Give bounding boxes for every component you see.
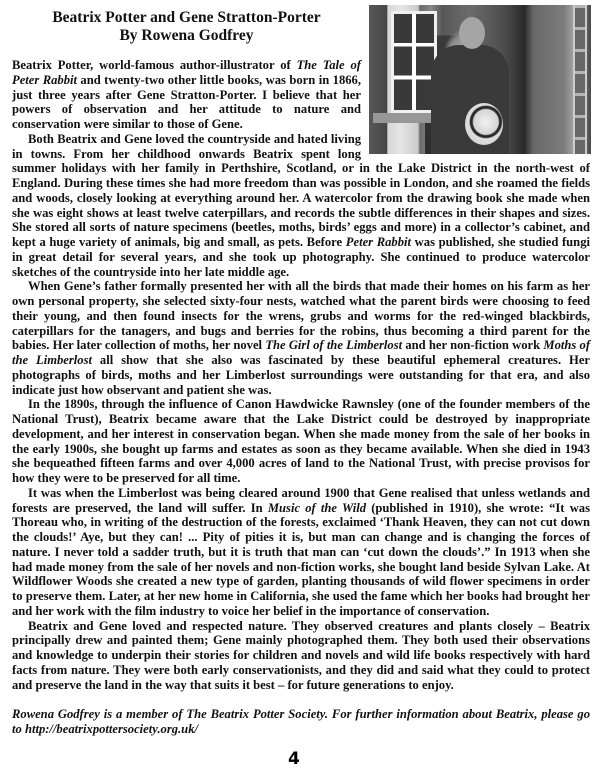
paragraph-5: It was when the Limberlost was being cle… [12,486,590,619]
page-number: 4 [288,749,300,769]
book-title: The Girl of the Limberlost [265,338,402,352]
author-credit: Rowena Godfrey is a member of The Beatri… [12,707,590,737]
paragraph-4: In the 1890s, through the influence of C… [12,397,590,486]
book-title: Peter Rabbit [346,235,411,249]
photo-figure-head [459,17,485,49]
paragraph-text: Beatrix and Gene loved and respected nat… [12,619,590,692]
photo-trellis [573,5,587,154]
article-page: Beatrix Potter and Gene Stratton-Porter … [12,0,590,736]
book-title: Music of the Wild [268,501,366,515]
paragraph-text: In the 1890s, through the influence of C… [12,397,590,485]
paragraph-6: Beatrix and Gene loved and respected nat… [12,619,590,693]
article-body: Beatrix Potter, world-famous author-illu… [12,58,590,736]
beatrix-potter-photo [369,5,591,154]
photo-window-sill [373,113,433,123]
paragraph-text: (published in 1910), she wrote: “It was … [12,501,590,618]
paragraph-text: and her non-fiction work [402,338,543,352]
paragraph-text: Beatrix Potter, world-famous author-illu… [12,58,297,72]
paragraph-3: When Gene’s father formally presented he… [12,279,590,397]
paragraph-text: all show that she also was fascinated by… [12,353,590,397]
photo-hat [465,103,503,145]
